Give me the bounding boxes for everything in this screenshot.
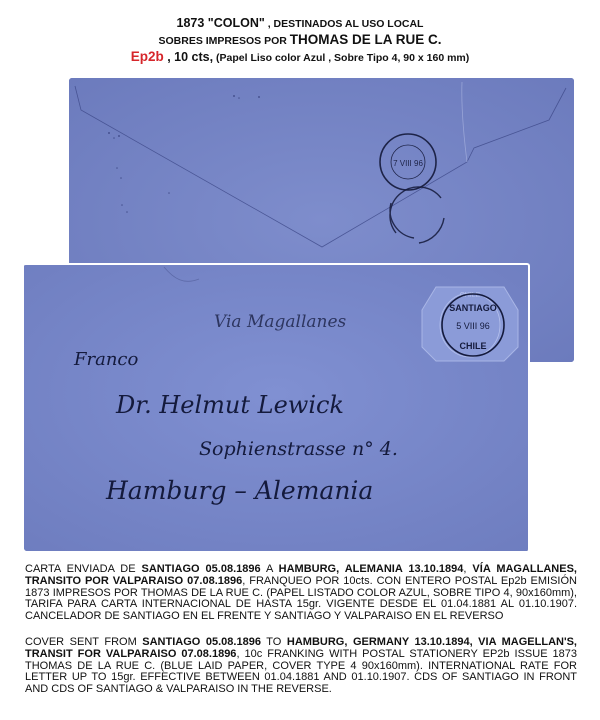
svg-text:SANTIAGO: SANTIAGO [449,303,497,313]
paper-details: (Papel Liso color Azul , Sobre Tipo 4, 9… [213,52,469,64]
svg-text:Hamburg – Alemania: Hamburg – Alemania [105,476,373,505]
svg-text:CHILE: CHILE [460,341,487,351]
desc-es-origin: SANTIAGO 05.08.1896 [142,563,261,575]
header-line-1: 1873 "COLON" , DESTINADOS AL USO LOCAL [0,16,600,32]
description-spanish: CARTA ENVIADA DE SANTIAGO 05.08.1896 A H… [25,564,577,623]
envelope-front-image: CHILE SANTIAGO 5 VIII 96 CHILE Via Magal… [24,263,530,551]
description-english: COVER SENT FROM SANTIAGO 05.08.1896 TO H… [25,637,577,696]
desc-es-destination: HAMBURG, ALEMANIA 13.10.1894 [279,563,464,575]
face-value: , 10 cts, [164,50,213,64]
header-line-3: Ep2b , 10 cts, (Papel Liso color Azul , … [0,49,600,66]
svg-text:Sophienstrasse n° 4.: Sophienstrasse n° 4. [199,438,398,460]
desc-en-text-2: TO [261,636,287,648]
catalog-code: Ep2b [131,49,164,64]
svg-text:Via Magallanes: Via Magallanes [214,312,347,332]
desc-es-text-1: CARTA ENVIADA DE [25,563,142,575]
svg-text:7 VIII 96: 7 VIII 96 [393,159,423,168]
envelope-front-drawing: CHILE SANTIAGO 5 VIII 96 CHILE Via Magal… [24,265,528,551]
svg-text:Dr. Helmut Lewick: Dr. Helmut Lewick [115,391,344,419]
header-line-2: SOBRES IMPRESOS POR THOMAS DE LA RUE C. [0,32,600,49]
desc-en-origin: SANTIAGO 05.08.1896 [142,636,261,648]
page-header: 1873 "COLON" , DESTINADOS AL USO LOCAL S… [0,16,600,66]
issue-subtitle: , DESTINADOS AL USO LOCAL [265,18,424,30]
printer-label: SOBRES IMPRESOS POR [158,35,289,47]
svg-text:5 VIII 96: 5 VIII 96 [456,321,490,331]
desc-es-text-2: A [261,563,279,575]
issue-title: 1873 "COLON" [177,16,265,30]
svg-text:Franco: Franco [73,349,138,370]
desc-en-text-1: COVER SENT FROM [25,636,142,648]
printer-name: THOMAS DE LA RUE C. [290,32,442,47]
